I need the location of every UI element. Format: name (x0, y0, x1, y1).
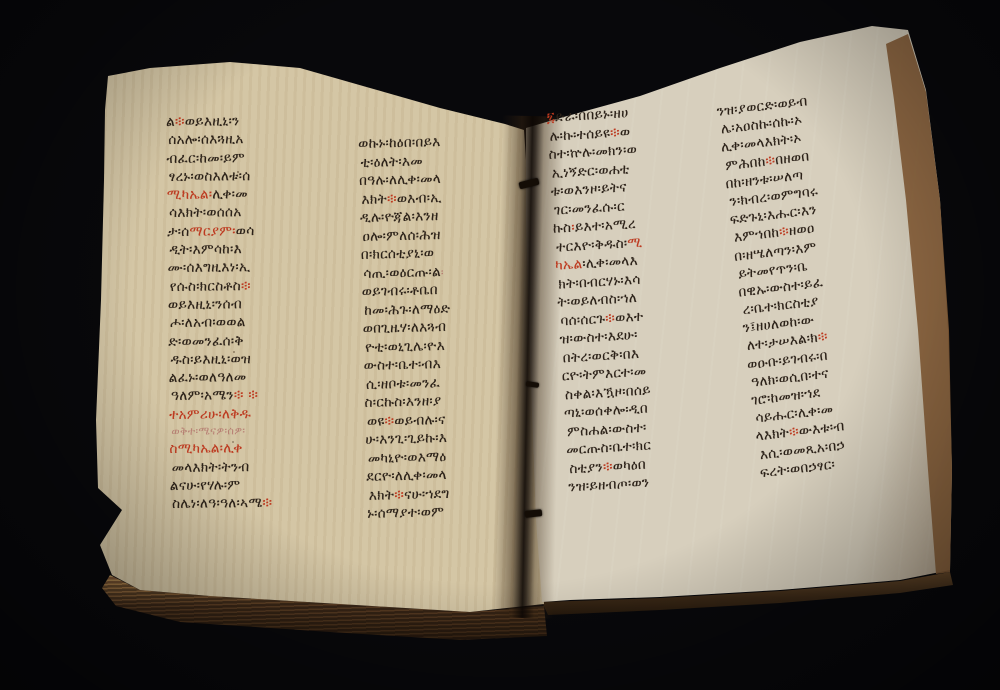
body-text: በዘወበ (774, 148, 810, 168)
text-line: ዓለም፡አሜን፨ ፨ (169, 386, 369, 406)
body-text: ስቲያን (569, 459, 604, 477)
body-text: ቲ፡ዕለት፡እመ (360, 153, 423, 171)
text-line: ፃረኑ፡ወስእለቱ፡ሰ (167, 167, 367, 187)
text-line: ሚካኤል፡ሊቀ፡መ (167, 185, 367, 205)
body-text: ዓለም፡አሜን (171, 388, 234, 405)
body-text: ድራ፡በበይኑ፡ዘሀ (555, 105, 629, 125)
body-text: ከመ፡ሕጉ፡ለማዕድ (364, 300, 450, 318)
body-text: ፡ (441, 265, 444, 278)
rubric-text: ፨ (262, 495, 272, 511)
body-text: ዝ፡ውስተ፡እደሁ፡ (559, 327, 638, 348)
text-column-left-2: ወኩኑ፡ከዕበ፡በይእቲ፡ዕለት፡እመበዓሉ፡ለሊቀ፡መላእክት፨ወእብ፡ኢዲሉ… (358, 131, 553, 524)
body-text: ፡ሊቀ፡መላእ (582, 253, 638, 272)
body-text: ንዝ፡ይዘብጦ፡ወን (568, 475, 650, 496)
body-text: እክት (369, 487, 395, 504)
text-column-left-1: ል፨ወይእዚኒ፡ንሰአሎ፡ሰእጓዚአብፈር፡ከመ፡ይምፃረኑ፡ወስእለቱ፡ሰሚካ… (166, 112, 370, 515)
body-text: ኑ፡ሰማያተ፡ወም (367, 504, 444, 522)
body-text: ሙ፡ሰእግዚእነ፡ኢ (168, 259, 251, 276)
rubric-text: ስሚካኤል፡ሊቀ (169, 441, 242, 458)
body-text: መካኒዮ፡ወእማዕ (368, 448, 447, 466)
body-text: በዓሉ፡ለሊቀ፡መላ (359, 171, 441, 189)
body-text: ናሁ፡ኀደግ (404, 485, 450, 502)
body-text: ገር፡መንፈሱ፡ር (553, 198, 625, 218)
body-text: ሲ፡ዘቦቱ፡መንፈ (366, 375, 440, 393)
rubric-text: ማርያም፡ (189, 223, 235, 239)
body-text: ወካዕበ (612, 456, 646, 474)
body-text: ደርዮ፡ለሊቀ፡መላ (366, 467, 447, 485)
body-text: ልናሁ፡የሃሉ፡ም (170, 477, 241, 494)
body-text: ሖ፡ለአብ፡ወወል (170, 314, 246, 331)
body-text: ሉ፡ኩ፡ተሰይዩ (549, 125, 610, 145)
body-text: ወእተ (615, 308, 644, 326)
text-line: ልፈኑ፡ወለዓለመ (169, 368, 369, 388)
body-text: ዱስ፡ይእዚኒ፡ወዝ (170, 351, 251, 368)
text-line: የሱስ፡ክርስቶስ፨ (168, 277, 368, 297)
body-text: ውስተ፡ቤተ፡ብእ (363, 356, 441, 374)
body-text: ል (166, 114, 175, 130)
body-text: ብፈር፡ከመ፡ይም (166, 150, 245, 167)
text-line: ልናሁ፡የሃሉ፡ም (170, 476, 370, 496)
body-text: ወበጊዜሃ፡ለእጓብ (363, 319, 447, 337)
body-text: ሁ፡እንጊ፡ጊይኩ፡እ (365, 430, 447, 448)
body-text: ምስሐል፡ውስተ፡ (567, 419, 647, 440)
body-text: እክት (361, 191, 387, 208)
text-line: ዲት፡እምሳከ፡እ (167, 240, 367, 260)
body-text: ወይእዚኒ፡ንሰብ (168, 296, 242, 313)
body-text: ወ (619, 124, 630, 141)
body-text: ወዩ (367, 413, 385, 429)
body-text: የሱስ፡ክርስቶስ (170, 278, 241, 295)
body-text: ይእተ፡አሚረ (574, 216, 636, 236)
rubric-text: ሚ (627, 234, 643, 251)
body-text: ወኩኑ፡ከዕበ፡በይእ (358, 134, 441, 152)
text-line: ወቅተ፡ሜናዎ፡ሰዎ፡ (169, 421, 369, 441)
body-text: ዲት፡እምሳከ፡እ (169, 241, 242, 258)
body-text: ት፡ወይለብስ፡ኀለ (557, 290, 638, 311)
text-line: ድ፡ወመንፈሰ፡ቅ (168, 331, 368, 351)
body-text: ሊቀ፡መ (212, 186, 248, 202)
text-line: ሳእክት፡ወሰሰአ (167, 203, 367, 223)
body-text: ወሳ (236, 223, 255, 239)
body-text: ላእክት (755, 425, 790, 445)
rubric-text: ካኤል (555, 256, 583, 274)
body-text: ዘወዐ (788, 221, 815, 240)
text-line: ስሌነ፡ለዓ፡ዓለ፡ኣሜ፨ (170, 494, 370, 514)
body-text: ኢነኝድር፡ወሐቲ (551, 161, 630, 182)
body-text: ወይብሉ፡ና (394, 411, 446, 428)
body-text: ወይእዚኒ፡ን (185, 113, 240, 130)
text-line: ብፈር፡ከመ፡ይም (166, 148, 366, 168)
rubric-text: ሚካኤል፡ (167, 187, 213, 203)
manuscript-book: ል፨ወይእዚኒ፡ንሰአሎ፡ሰእጓዚአብፈር፡ከመ፡ይምፃረኑ፡ወስእለቱ፡ሰሚካ… (0, 0, 1000, 690)
text-line: መላእክት፡ትንብ (170, 458, 370, 478)
body-text: ሰአሎ፡ሰእጓዚአ (168, 131, 244, 148)
text-line: ዱስ፡ይእዚኒ፡ወዝ (168, 350, 368, 370)
text-line: ል፨ወይእዚኒ፡ን (166, 112, 366, 132)
body-text: ቱ፡ወእንዞ፡ይትና (550, 179, 627, 199)
body-text: ባሰ፡ሰርጉ (560, 310, 606, 329)
body-text: ዐሎ፡ምለሰ፡ሕዝ (362, 227, 441, 245)
text-line: ሖ፡ለአብ፡ወወል (168, 313, 368, 333)
body-text: ሳእክት፡ወሰሰአ (169, 205, 242, 222)
body-text: ዮቲ፡ወኒጊሌ፡ዮእ (365, 337, 445, 355)
rubric-text: ፨ (817, 329, 829, 346)
body-text: ወይገብሩ፡ቶቤበ (362, 282, 439, 300)
body-text: ተርእዮ፡ቅዱስ፡ (556, 235, 628, 255)
body-text: ልፈኑ፡ወለዓለመ (169, 369, 247, 386)
body-text: ፃረኑ፡ወስእለቱ፡ሰ (169, 168, 251, 185)
text-line: ሙ፡ሰእግዚእነ፡ኢ (168, 258, 368, 278)
rubric-text: ተአምሪሁ፡ለቅዱ (169, 406, 251, 423)
body-text: ሳጢ፡ወዕርጡ፡ል (363, 264, 441, 282)
body-text: ስሌነ፡ለዓ፡ዓለ፡ኣሜ (172, 495, 263, 512)
body-text: ምሕበከ (724, 153, 766, 174)
body-text: ታ፡ሰ (167, 224, 189, 240)
text-line: ታ፡ሰማርያም፡ወሳ (167, 222, 367, 242)
text-line: ስሚካኤል፡ሊቀ (169, 439, 369, 459)
body-text: በ፡ክርሰቲያኒ፡ወ (361, 245, 435, 263)
body-text: ክት፡በብርሃኑ፡እሳ (558, 271, 641, 292)
rubric-text: ፨ (175, 114, 185, 130)
body-text: ስ፡ርኩስ፡እንዘ፡ያ (364, 393, 441, 411)
body-text: በትረ፡ወርቅ፡በእ (562, 345, 639, 366)
text-line: ወይእዚኒ፡ንሰብ (168, 295, 368, 315)
body-text: ዲሉ፡ዮጃል፡እንዘ (360, 208, 439, 226)
body-text: ወእብ፡ኢ (397, 189, 442, 206)
body-text: ድ፡ወመንፈሰ፡ቅ (168, 333, 244, 350)
body-text: ኩስ (553, 220, 572, 237)
rubric-text: ፨ (241, 278, 251, 294)
text-line: ሰአሎ፡ሰእጓዚአ (166, 130, 366, 150)
body-text: ወቅተ፡ሜናዎ፡ሰዎ፡ (171, 424, 245, 438)
body-text: መላእክት፡ትንብ (172, 459, 250, 476)
rubric-text: ፨ ፨ (234, 388, 258, 404)
